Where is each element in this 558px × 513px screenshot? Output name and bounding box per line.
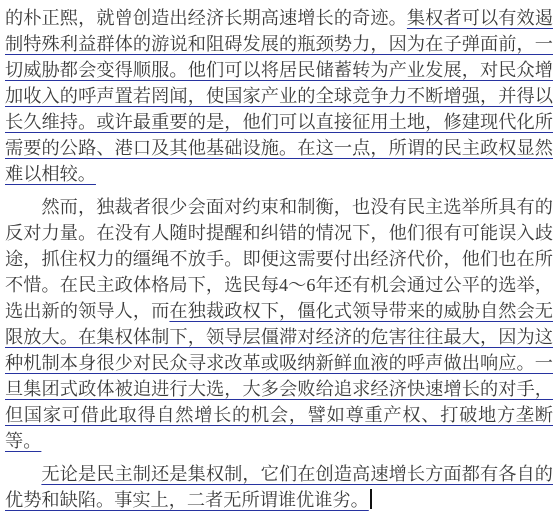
paragraph-3[interactable]: 无论是民主制还是集权制，它们在创造高速增长方面都有各自的优势和缺陷。事实上，二者…: [5, 461, 553, 513]
document-text-area[interactable]: 的朴正熙，就曾创造出经济长期高速增长的奇迹。集权者可以有效遏制特殊利益群体的游说…: [5, 0, 553, 513]
text-cursor: [370, 489, 372, 509]
paragraph-2[interactable]: 然而，独裁者很少会面对约束和制衡，也没有民主选举所具有的反对力量。在没有人随时提…: [5, 194, 553, 454]
underlined-text-segment: 无论是民主制还是集权制，它们在创造高速增长方面都有各自的优势和缺陷。事实上，二者…: [5, 464, 553, 510]
text-segment: 的朴正熙，就曾创造出经济长期高速增长的奇迹。: [5, 8, 407, 28]
paragraph-1[interactable]: 的朴正熙，就曾创造出经济长期高速增长的奇迹。集权者可以有效遏制特殊利益群体的游说…: [5, 5, 553, 187]
underlined-text-segment: 集权者可以有效遏制特殊利益群体的游说和阻碍发展的瓶颈势力，因为在子弹面前，一切威…: [5, 8, 553, 184]
underlined-text-segment: 在独裁政权下，僵化式领导带来的威胁自然会无限放大。在集权体制下，领导层僵滞对经济…: [5, 301, 553, 451]
